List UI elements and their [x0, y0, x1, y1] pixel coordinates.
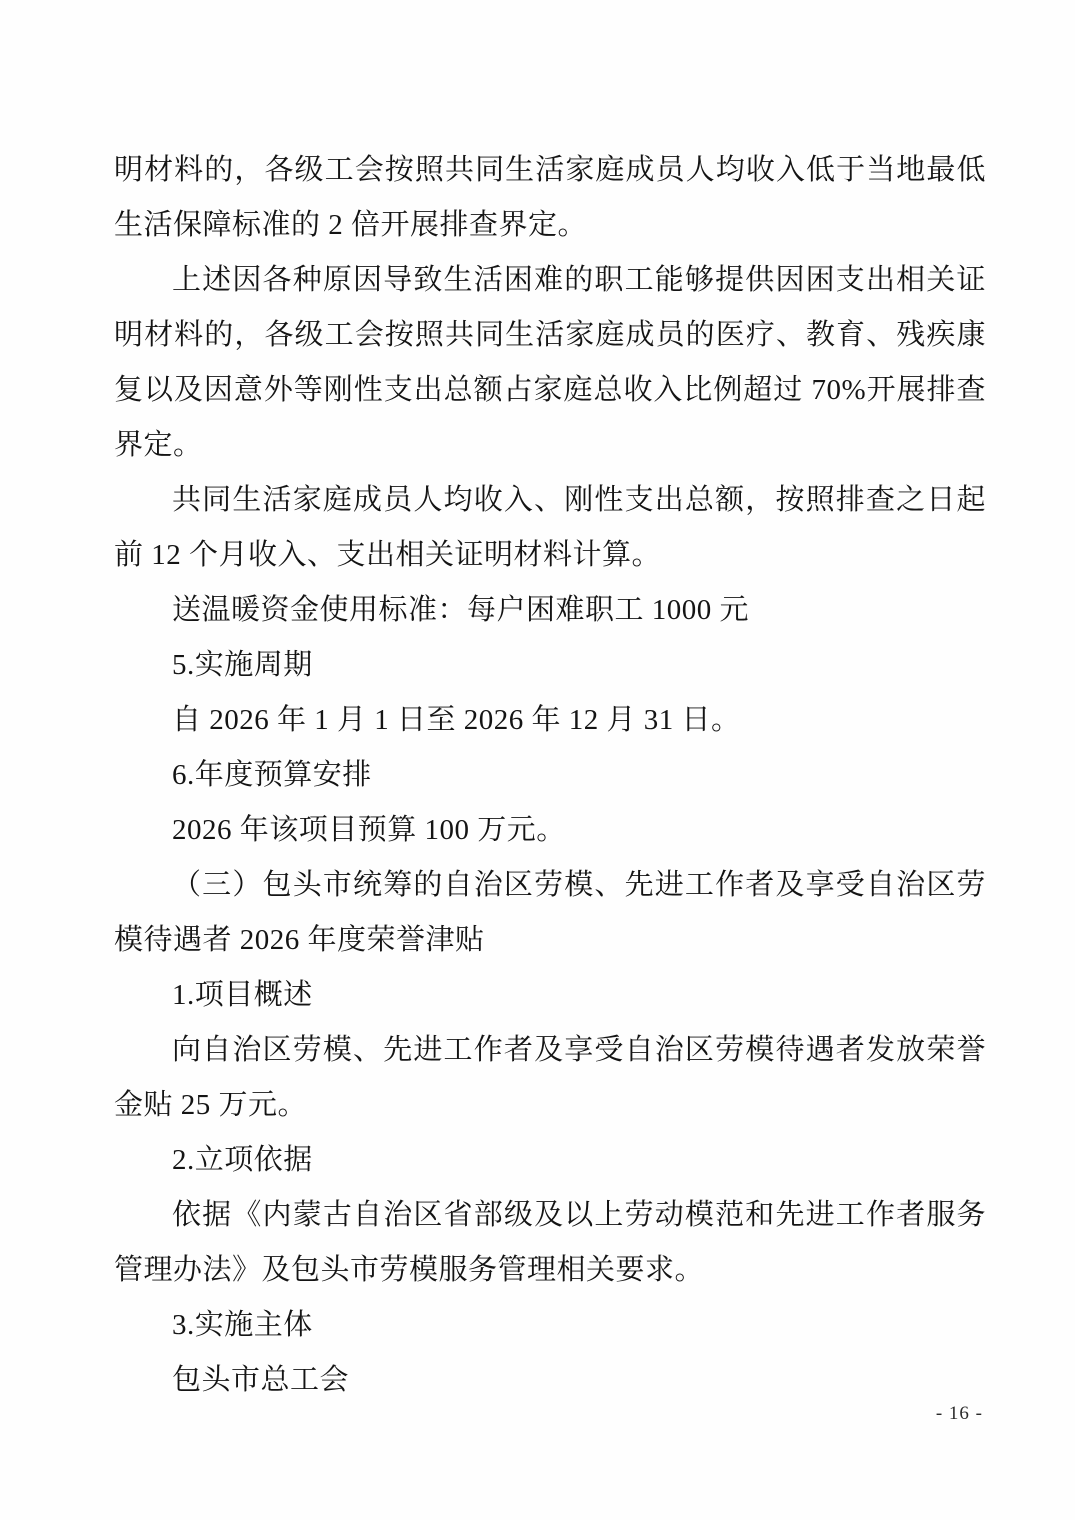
paragraph: 1.项目概述 — [114, 968, 986, 1023]
paragraph: 明材料的，各级工会按照共同生活家庭成员人均收入低于当地最低生活保障标准的 2 倍… — [114, 143, 986, 253]
paragraph: 2.立项依据 — [114, 1133, 986, 1188]
paragraph: 5.实施周期 — [114, 638, 986, 693]
paragraph: 共同生活家庭成员人均收入、刚性支出总额，按照排查之日起前 12 个月收入、支出相… — [114, 473, 986, 583]
paragraph: 3.实施主体 — [114, 1298, 986, 1353]
paragraph: 上述因各种原因导致生活困难的职工能够提供因困支出相关证明材料的，各级工会按照共同… — [114, 253, 986, 473]
paragraph: 6.年度预算安排 — [114, 748, 986, 803]
paragraph: 自 2026 年 1 月 1 日至 2026 年 12 月 31 日。 — [114, 693, 986, 748]
paragraph: （三）包头市统筹的自治区劳模、先进工作者及享受自治区劳模待遇者 2026 年度荣… — [114, 858, 986, 968]
document-page: 明材料的，各级工会按照共同生活家庭成员人均收入低于当地最低生活保障标准的 2 倍… — [0, 0, 1075, 1520]
page-number: - 16 - — [936, 1403, 983, 1425]
paragraph: 2026 年该项目预算 100 万元。 — [114, 803, 986, 858]
document-body: 明材料的，各级工会按照共同生活家庭成员人均收入低于当地最低生活保障标准的 2 倍… — [114, 143, 986, 1408]
paragraph: 送温暖资金使用标准：每户困难职工 1000 元 — [114, 583, 986, 638]
paragraph: 包头市总工会 — [114, 1353, 986, 1408]
paragraph: 依据《内蒙古自治区省部级及以上劳动模范和先进工作者服务管理办法》及包头市劳模服务… — [114, 1188, 986, 1298]
paragraph: 向自治区劳模、先进工作者及享受自治区劳模待遇者发放荣誉金贴 25 万元。 — [114, 1023, 986, 1133]
